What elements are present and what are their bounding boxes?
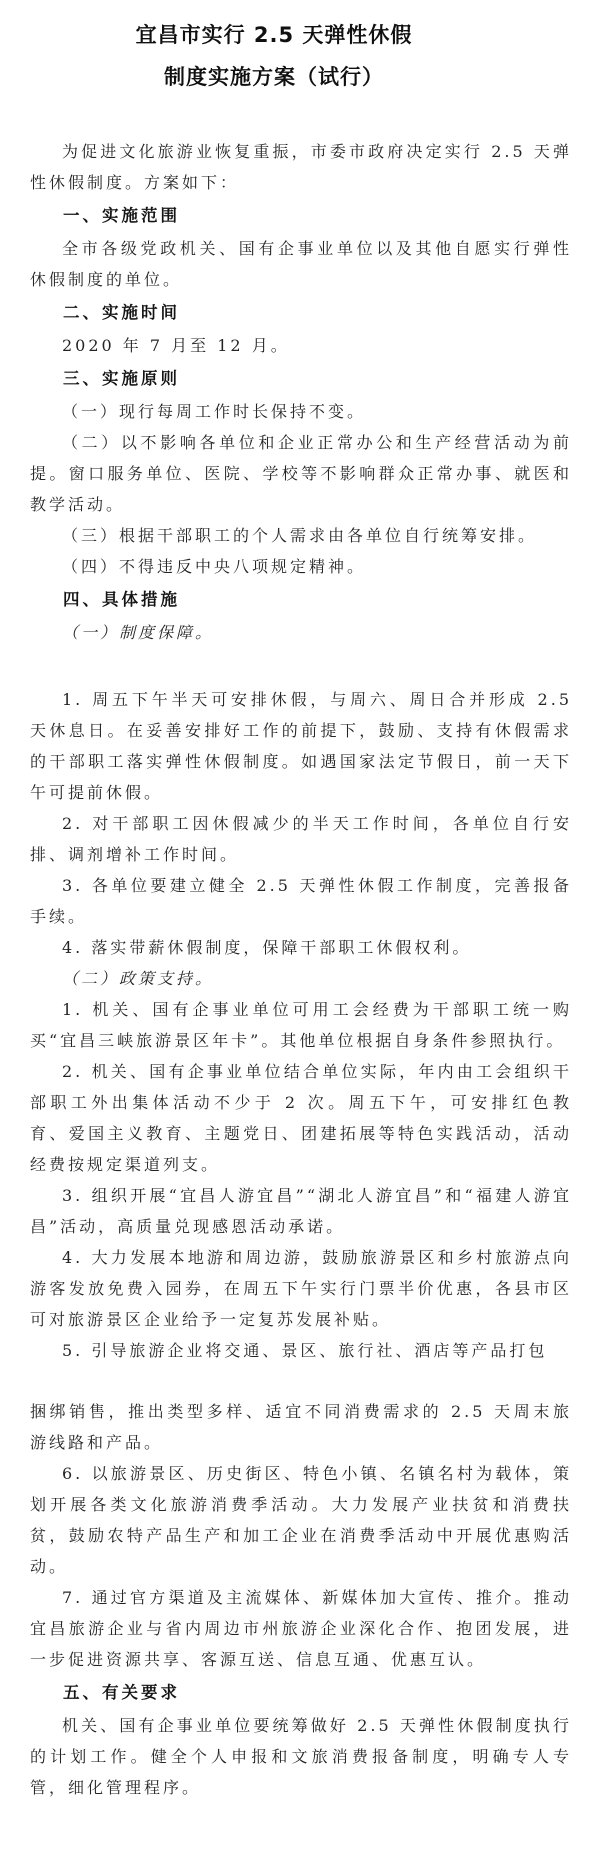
document-page: 宜昌市实行 2.5 天弹性休假 制度实施方案（试行） 为促进文化旅游业恢复重振，…	[0, 0, 596, 1871]
section-heading: 二、实施时间	[30, 297, 572, 328]
subsection-heading: （一）制度保障。	[30, 617, 572, 648]
paragraph: 3. 组织开展“宜昌人游宜昌”“湖北人游宜昌”和“福建人游宜昌”活动，高质量兑现…	[30, 1180, 572, 1242]
section-heading: 四、具体措施	[30, 584, 572, 615]
paragraph: 为促进文化旅游业恢复重振，市委市政府决定实行 2.5 天弹性休假制度。方案如下：	[30, 136, 572, 198]
paragraph-continued: 捆绑销售，推出类型多样、适宜不同消费需求的 2.5 天周末旅游线路和产品。	[30, 1396, 572, 1458]
paragraph: 全市各级党政机关、国有企事业单位以及其他自愿实行弹性休假制度的单位。	[30, 233, 572, 295]
document-title-line-2: 制度实施方案（试行）	[30, 56, 518, 98]
paragraph: 1. 机关、国有企事业单位可用工会经费为干部职工统一购买“宜昌三峡旅游景区年卡”…	[30, 994, 572, 1056]
document-body: 为促进文化旅游业恢复重振，市委市政府决定实行 2.5 天弹性休假制度。方案如下：…	[30, 136, 572, 1803]
paragraph: 3. 各单位要建立健全 2.5 天弹性休假工作制度，完善报备手续。	[30, 870, 572, 932]
paragraph: 2. 对干部职工因休假减少的半天工作时间，各单位自行安排、调剂增补工作时间。	[30, 808, 572, 870]
paragraph: 6. 以旅游景区、历史街区、特色小镇、名镇名村为载体，策划开展各类文化旅游消费季…	[30, 1458, 572, 1582]
paragraph: （一）现行每周工作时长保持不变。	[30, 396, 572, 427]
paragraph: 2. 机关、国有企事业单位结合单位实际，年内由工会组织干部职工外出集体活动不少于…	[30, 1056, 572, 1180]
section-heading: 三、实施原则	[30, 363, 572, 394]
paragraph: 4. 落实带薪休假制度，保障干部职工休假权利。	[30, 932, 572, 963]
paragraph: 7. 通过官方渠道及主流媒体、新媒体加大宣传、推介。推动宜昌旅游企业与省内周边市…	[30, 1582, 572, 1675]
paragraph: （三）根据干部职工的个人需求由各单位自行统筹安排。	[30, 520, 572, 551]
paragraph: （四）不得违反中央八项规定精神。	[30, 551, 572, 582]
paragraph: （二）以不影响各单位和企业正常办公和生产经营活动为前提。窗口服务单位、医院、学校…	[30, 427, 572, 520]
paragraph: 5. 引导旅游企业将交通、景区、旅行社、酒店等产品打包	[30, 1335, 572, 1366]
document-title-line-1: 宜昌市实行 2.5 天弹性休假	[30, 14, 518, 56]
document-title: 宜昌市实行 2.5 天弹性休假 制度实施方案（试行）	[30, 14, 518, 98]
section-heading: 五、有关要求	[30, 1677, 572, 1708]
paragraph: 1. 周五下午半天可安排休假，与周六、周日合并形成 2.5 天休息日。在妥善安排…	[30, 684, 572, 808]
paragraph: 2020 年 7 月至 12 月。	[30, 330, 572, 361]
subsection-heading: （二）政策支持。	[30, 963, 572, 994]
paragraph: 4. 大力发展本地游和周边游，鼓励旅游景区和乡村旅游点向游客发放免费入园券，在周…	[30, 1242, 572, 1335]
paragraph: 机关、国有企事业单位要统筹做好 2.5 天弹性休假制度执行的计划工作。健全个人申…	[30, 1710, 572, 1803]
section-heading: 一、实施范围	[30, 200, 572, 231]
